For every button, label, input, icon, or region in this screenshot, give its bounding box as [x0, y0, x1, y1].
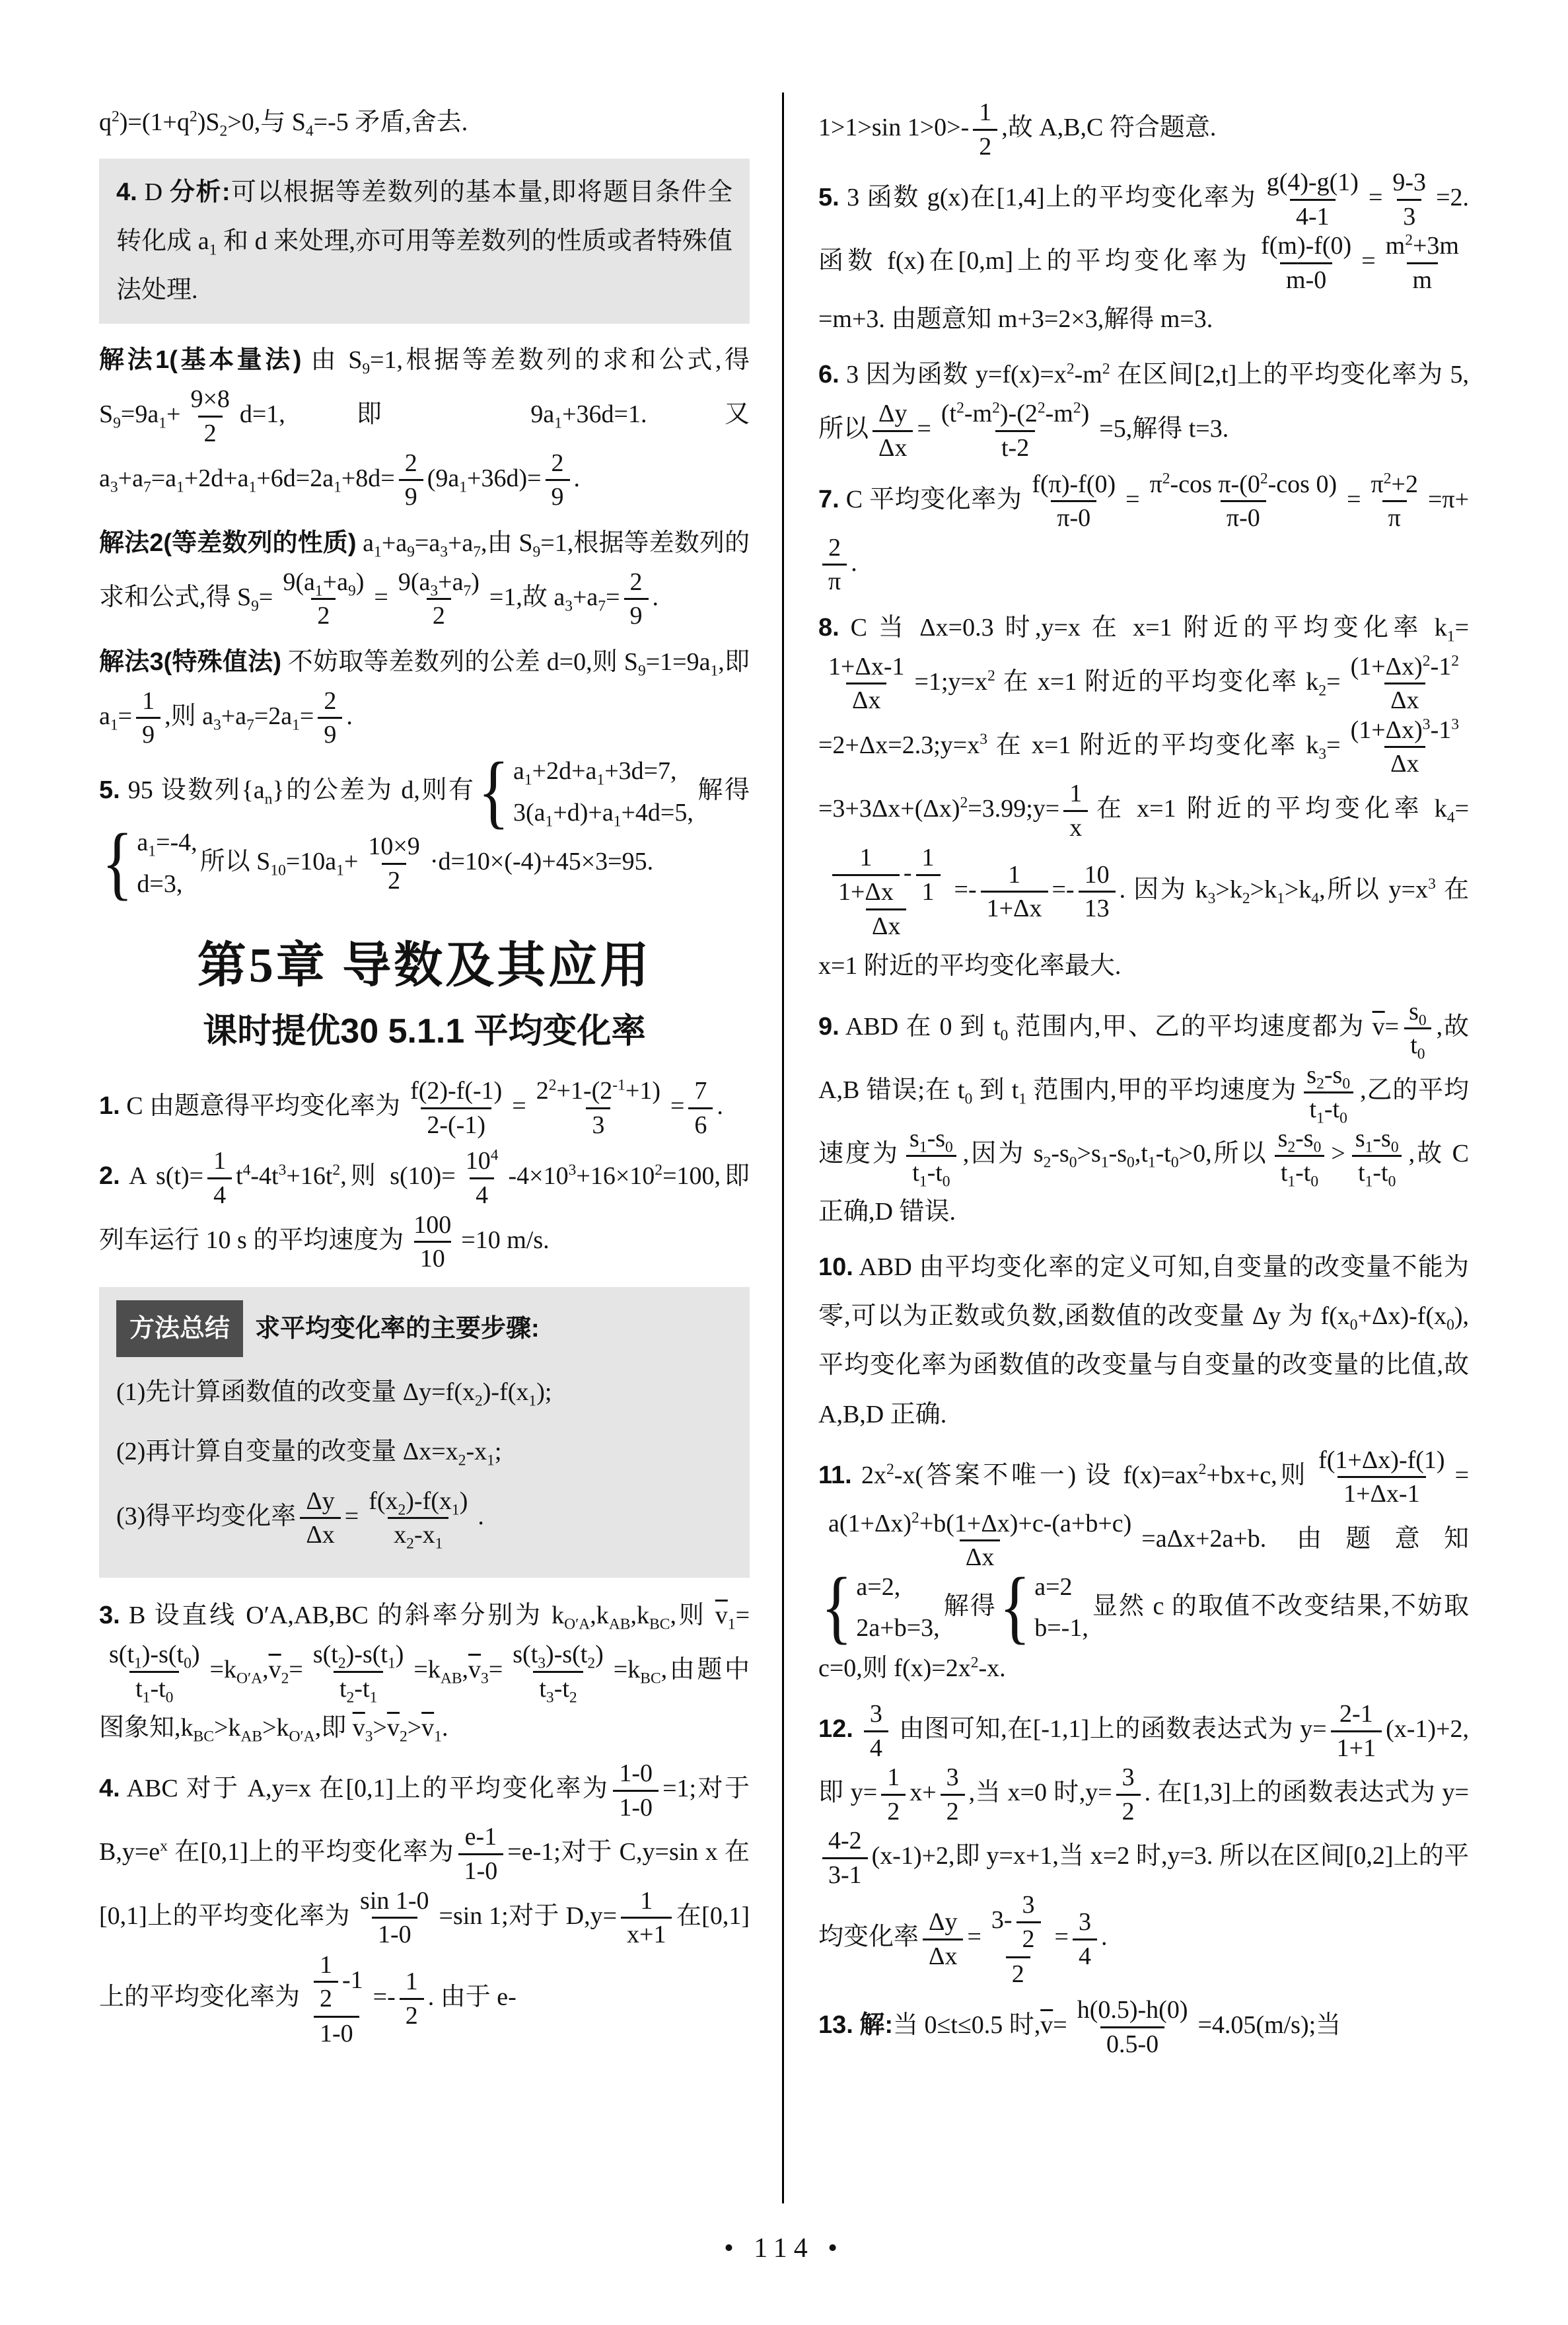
fraction: f(1+Δx)-f(1)1+Δx-1: [1312, 1446, 1450, 1509]
fraction: h(0.5)-h(0)0.5-0: [1071, 1995, 1194, 2059]
solution-paragraph: 6. 3 因为函数 y=f(x)=x2-m2 在区间[2,t]上的平均变化率为 …: [818, 350, 1469, 462]
solution-paragraph: 解法2(等差数列的性质) a1+a9=a3+a7,由 S9=1,根据等差数列的求…: [99, 519, 750, 631]
fraction: (1+Δx)2-12Δx: [1345, 652, 1465, 716]
fraction: 3-322: [985, 1890, 1051, 1989]
solution-paragraph: 8. C 当 Δx=0.3 时,y=x 在 x=1 附近的平均变化率 k1=1+…: [818, 603, 1469, 990]
fraction: ΔyΔx: [923, 1907, 963, 1971]
page-number: • 114 •: [0, 2233, 1568, 2264]
fraction: ΔyΔx: [300, 1487, 340, 1550]
method-summary-title: 求平均变化率的主要步骤:: [255, 1315, 540, 1343]
fraction: 11+Δx-11Δx: [822, 842, 950, 941]
fraction: 22+1-(2-1+1)3: [530, 1076, 666, 1140]
solution-paragraph: 10. ABD 由平均变化率的定义可知,自变量的改变量不能为零,可以为正数或负数…: [818, 1243, 1469, 1438]
textbook-answer-page: q2)=(1+q2)S2>0,与 S4=-5 矛盾,舍去.4. D 分析:可以根…: [0, 0, 1568, 2325]
fraction: 10×92: [362, 832, 425, 895]
fraction: 1x: [1063, 779, 1088, 842]
solution-paragraph: 1>1>sin 1>0>-12,故 A,B,C 符合题意.: [818, 98, 1469, 161]
fraction: sin 1-01-0: [354, 1886, 435, 1950]
fraction: 4-23-1: [822, 1826, 868, 1890]
fraction: s(t1)-s(t0)t1-t0: [103, 1640, 206, 1703]
fraction: 9(a3+a7)2: [392, 568, 485, 631]
equation-system: {a=2,2a+b=3,: [821, 1572, 940, 1644]
fraction: 29: [399, 449, 423, 512]
fraction: 11: [916, 843, 941, 906]
solution-paragraph: 3. B 设直线 O′A,AB,BC 的斜率分别为 kO′A,kAB,kBC,则…: [99, 1591, 750, 1752]
fraction: 2-11+1: [1331, 1699, 1382, 1763]
left-brace: {: [999, 1571, 1030, 1644]
solution-paragraph: 5. 3 函数 g(x)在[1,4]上的平均变化率为g(4)-g(1)4-1=9…: [818, 168, 1469, 344]
fraction: 32: [1116, 1763, 1141, 1826]
solution-paragraph: 1. C 由题意得平均变化率为f(2)-f(-1)2-(-1)=22+1-(2-…: [99, 1076, 750, 1140]
fraction: 19: [136, 686, 160, 750]
equation-system: {a1=-4,d=3,: [102, 828, 197, 899]
two-column-layout: q2)=(1+q2)S2>0,与 S4=-5 矛盾,舍去.4. D 分析:可以根…: [99, 91, 1469, 2065]
fraction: 9×82: [184, 385, 235, 448]
fraction: s(t2)-s(t1)t2-t1: [307, 1640, 410, 1703]
fraction: 11+Δx: [981, 860, 1048, 924]
fraction: 10010: [408, 1210, 457, 1274]
fraction: (t2-m2)-(22-m2)t-2: [935, 399, 1095, 462]
solution-paragraph: 11. 2x2-x(答案不唯一) 设 f(x)=ax2+bx+c,则f(1+Δx…: [818, 1446, 1469, 1693]
left-column: q2)=(1+q2)S2>0,与 S4=-5 矛盾,舍去.4. D 分析:可以根…: [99, 91, 750, 2065]
fraction: m2+3mm: [1380, 231, 1465, 295]
equation-system: {a=2b=-1,: [999, 1572, 1088, 1644]
solution-paragraph: 解法3(特殊值法) 不妨取等差数列的公差 d=0,则 S9=1=9a1,即 a1…: [99, 638, 750, 750]
fraction: 29: [624, 568, 649, 631]
solution-paragraph: q2)=(1+q2)S2>0,与 S4=-5 矛盾,舍去.: [99, 98, 750, 147]
fraction: s(t3)-s(t2)t3-t2: [507, 1640, 610, 1703]
fraction: π2+2π: [1365, 470, 1424, 533]
fraction: 1-01-0: [613, 1759, 659, 1822]
fraction: s2-s0t1-t0: [1272, 1124, 1328, 1187]
solution-paragraph: 12. 34 由图可知,在[-1,1]上的函数表达式为 y=2-11+1(x-1…: [818, 1699, 1469, 1989]
left-brace: {: [102, 827, 133, 901]
left-brace: {: [478, 756, 509, 829]
method-step: (3)得平均变化率ΔyΔx=f(x2)-f(x1)x2-x1.: [116, 1487, 732, 1550]
fraction: 12: [400, 1967, 424, 2030]
fraction: g(4)-g(1)4-1: [1261, 168, 1365, 231]
solution-paragraph: 2. A s(t)=14t4-4t3+16t2,则 s(10)=1044-4×1…: [99, 1146, 750, 1273]
solution-paragraph: 4. ABC 对于 A,y=x 在[0,1]上的平均变化率为1-01-0=1;对…: [99, 1759, 750, 2048]
fraction: 11+Δx: [832, 843, 900, 906]
solution-paragraph: 13. 解:当 0≤t≤0.5 时,v=h(0.5)-h(0)0.5-0=4.0…: [818, 1995, 1469, 2059]
fraction: f(π)-f(0)π-0: [1026, 470, 1122, 533]
fraction: 9-33: [1386, 168, 1432, 231]
fraction: 1x+1: [621, 1886, 672, 1950]
fraction: f(m)-f(0)m-0: [1255, 231, 1357, 295]
fraction: 12-11-0: [304, 1950, 369, 2049]
fraction: s1-s0t1-t0: [1349, 1124, 1405, 1187]
analysis-highlight-box: 4. D 分析:可以根据等差数列的基本量,即将题目条件全转化成 a1 和 d 来…: [99, 159, 750, 324]
fraction: 1+Δx-1Δx: [822, 652, 911, 716]
solution-paragraph: 9. ABD 在 0 到 t0 范围内,甲、乙的平均速度都为 v=s0t0,故 …: [818, 997, 1469, 1236]
section-title: 课时提优30 5.1.1 平均变化率: [99, 1010, 750, 1054]
fraction: 32: [941, 1763, 965, 1826]
fraction: f(x2)-f(x1)x2-x1: [363, 1487, 474, 1550]
fraction: 29: [318, 686, 342, 750]
fraction: 14: [207, 1146, 232, 1210]
right-column: 1>1>sin 1>0>-12,故 A,B,C 符合题意.5. 3 函数 g(x…: [818, 91, 1469, 2065]
fraction: 76: [688, 1076, 713, 1140]
fraction: ΔyΔx: [873, 399, 913, 462]
solution-paragraph: 7. C 平均变化率为f(π)-f(0)π-0=π2-cos π-(02-cos…: [818, 470, 1469, 597]
fraction: π2-cos π-(02-cos 0)π-0: [1144, 470, 1343, 533]
fraction: (1+Δx)3-13Δx: [1345, 716, 1465, 779]
fraction: 9(a1+a9)2: [277, 568, 370, 631]
solution-paragraph: 解法1(基本量法) 由 S9=1,根据等差数列的求和公式,得 S9=9a1+9×…: [99, 336, 750, 511]
fraction: 12: [314, 1950, 338, 2014]
method-summary-header: 方法总结求平均变化率的主要步骤:: [116, 1300, 732, 1357]
fraction: s0t0: [1403, 997, 1433, 1060]
fraction: 1013: [1079, 860, 1116, 924]
fraction: s1-s0t1-t0: [904, 1124, 959, 1187]
fraction: s2-s0t1-t0: [1301, 1060, 1356, 1124]
method-step: (1)先计算函数值的改变量 Δy=f(x2)-f(x1);: [116, 1368, 732, 1417]
method-step: (2)再计算自变量的改变量 Δx=x2-x1;: [116, 1427, 732, 1476]
fraction: e-11-0: [458, 1822, 504, 1886]
left-brace: {: [821, 1571, 852, 1644]
equation-system: {a1+2d+a1+3d=7,3(a1+d)+a1+4d=5,: [478, 757, 694, 828]
fraction: 12: [881, 1763, 906, 1826]
fraction: 2π: [822, 533, 847, 597]
fraction: 1044: [460, 1146, 505, 1210]
method-summary-box: 方法总结求平均变化率的主要步骤:(1)先计算函数值的改变量 Δy=f(x2)-f…: [99, 1287, 750, 1578]
fraction: f(2)-f(-1)2-(-1): [404, 1076, 508, 1140]
fraction: 12: [973, 98, 997, 161]
chapter-title: 第5章 导数及其应用: [99, 934, 750, 998]
fraction: 29: [546, 449, 570, 512]
fraction: 34: [1073, 1907, 1097, 1971]
fraction: 34: [864, 1699, 888, 1763]
method-summary-label: 方法总结: [116, 1300, 243, 1357]
fraction: a(1+Δx)2+b(1+Δx)+c-(a+b+c)Δx: [822, 1509, 1137, 1572]
fraction: 32: [1016, 1890, 1041, 1954]
solution-paragraph: 5. 95 设数列{an}的公差为 d,则有{a1+2d+a1+3d=7,3(a…: [99, 757, 750, 900]
